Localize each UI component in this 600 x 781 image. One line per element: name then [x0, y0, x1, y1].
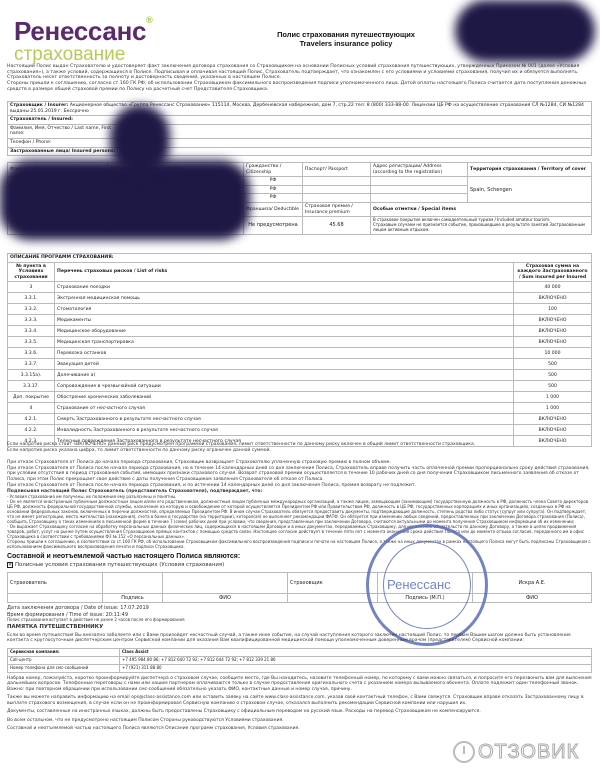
logo-main-text: Ренессанс [14, 16, 146, 46]
program-row: 3.3.3. Медикаменты ВКЛЮЧЕНО [8, 315, 592, 326]
program-row: 3.3.7. Эвакуация детей 500 [8, 359, 592, 370]
registered-mark: ® [146, 15, 152, 25]
power-icon [453, 741, 475, 763]
insured-label: Страхователь / Insured: [8, 116, 592, 125]
otzovik-watermark: ОТЗОВИК [453, 740, 579, 764]
company-logo: Ренессанс® страхование [14, 18, 152, 64]
title-en: Travelers insurance policy [236, 39, 456, 48]
citizenship-1: РФ [244, 177, 303, 186]
program-row: 4 Страхование от несчастного случая 1 00… [8, 403, 592, 414]
phone-value: +7 [126, 138, 592, 147]
service-table: Сервисная компания: Class AssistCall-цен… [7, 648, 592, 673]
logo-sub-text: страхование [14, 45, 152, 64]
program-row: 3.3.15а). Долечивание а) 500 [8, 370, 592, 381]
signatures-table: Страхователь Страховщик Искра А.Е. Подпи… [7, 572, 592, 603]
programs-title: ОПИСАНИЕ ПРОГРАММ СТРАХОВАНИЯ: [8, 254, 592, 263]
redaction-blot [0, 160, 250, 240]
service-row: Сервисная компания: Class Assist [8, 649, 592, 657]
stamp-text: Ренессанс [387, 577, 451, 593]
issue-date: Дата заключения договора / Date of issue… [7, 605, 593, 611]
program-row: Доп. покрытие Обострение хронических заб… [8, 392, 592, 403]
parties-table: Страховщик / Insurer: Акционерное общест… [7, 101, 592, 156]
program-row: 3.3.17. Сопровождение в чрезвычайной сит… [8, 381, 592, 392]
integral-parts: Составной и неотъемлемой частью настояще… [7, 553, 593, 568]
program-row: 3.3.1. Экстренная медицинская помощь ВКЛ… [8, 293, 592, 304]
issue-info: Дата заключения договора / Date of issue… [7, 605, 593, 644]
service-row: Номер телефона для смс-сообщений +7 (921… [8, 664, 592, 672]
checkbox-conditions[interactable]: ✕ [7, 562, 13, 568]
program-row: 4.2.1. Смерть Застрахованного в результа… [8, 414, 592, 425]
premium-value: 45.68 [303, 217, 371, 235]
refund-note: При отказе Страхователя от Полиса до нач… [7, 460, 593, 551]
title-ru: Полис страхования путешествующих [236, 30, 456, 39]
programs-table: ОПИСАНИЕ ПРОГРАММ СТРАХОВАНИЯ: № пункта … [7, 253, 592, 447]
limits-note: Если напротив риска стоит «ВКЛЮЧЕНО» дан… [7, 442, 593, 454]
deductible-value: Не предусмотрена [244, 217, 303, 235]
memo-paragraphs: Набрав номер, пожалуйста, коротко проинф… [7, 676, 593, 732]
territory-value: Spain, Schengen [468, 177, 592, 203]
citizenship-3: РФ [244, 194, 303, 203]
program-row: 3.3.4. Медицинское оборудование ВКЛЮЧЕНО [8, 326, 592, 337]
insured-persons-label: Застрахованные лица/ Insured persons: [8, 147, 592, 156]
policy-title: Полис страхования путешествующих Travele… [236, 30, 456, 49]
phone-label: Телефон / Phone: [8, 138, 126, 147]
program-row: 3 Страхование поездки 40 000 [8, 282, 592, 293]
intro-text: Настоящий Полис выдан Страхователю и удо… [7, 64, 593, 93]
redaction-blot [455, 0, 595, 62]
name-value [126, 124, 592, 138]
citizenship-2: РФ [244, 185, 303, 194]
program-row: 3.3.5. Медицинская транспортировка ВКЛЮЧ… [8, 337, 592, 348]
program-row: 3.3.2. Стоматология 100 [8, 304, 592, 315]
insurer-label: Страховщик / Insurer: [10, 103, 68, 108]
program-row: 4.2.2. Инвалидность Застрахованного в ре… [8, 425, 592, 436]
program-row: 3.3.6. Перевозка останков 10 000 [8, 348, 592, 359]
insurer-details: Акционерное общество «Группа Ренессанс С… [10, 103, 584, 114]
memo-title: ПАМЯТКА ПУТЕШЕСТВЕННИКУ [7, 624, 593, 631]
name-label: Фамилия, Имя, Отчество / Last name, Firs… [8, 124, 126, 138]
redaction-blot [110, 105, 170, 175]
insurer-signatory: Искра А.Е. [473, 573, 592, 594]
service-row: Call-центр +7 495 984 80 86; +7 812 640 … [8, 656, 592, 664]
